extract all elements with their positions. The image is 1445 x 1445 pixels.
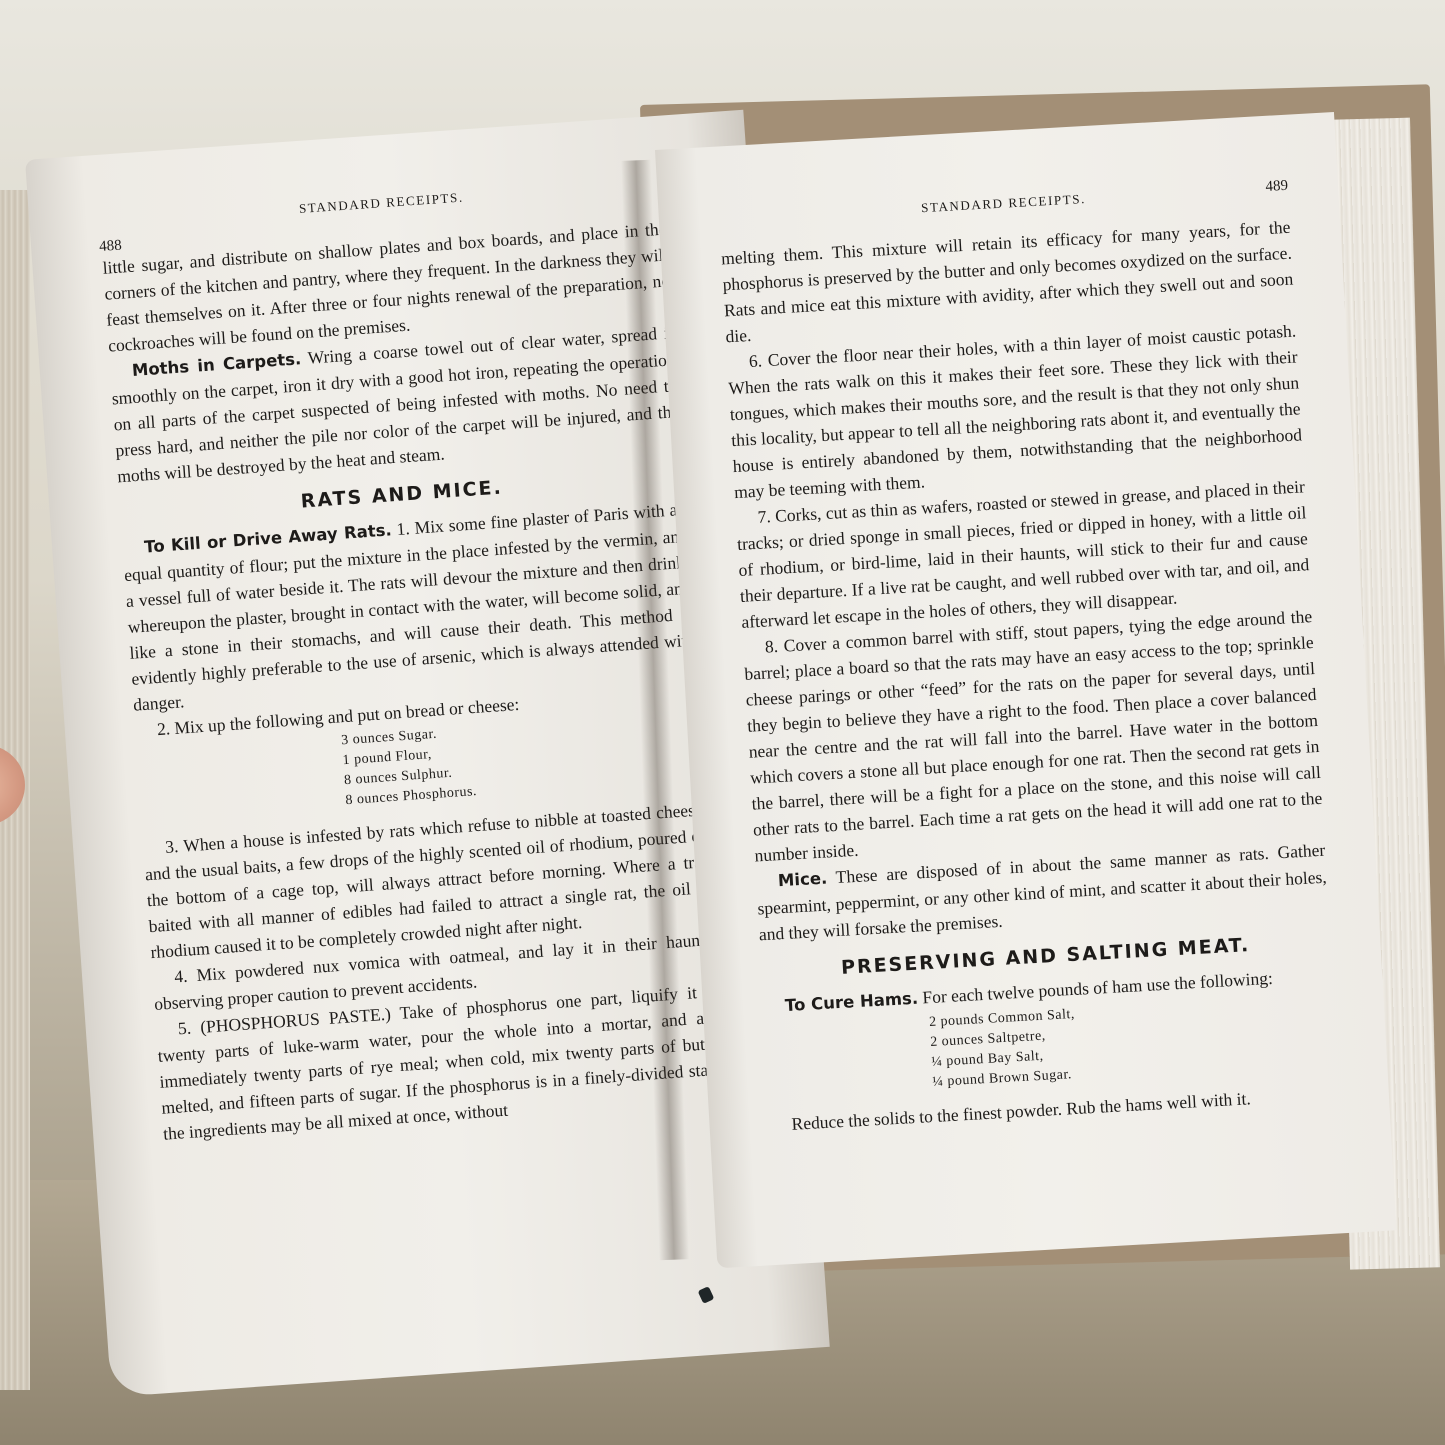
paragraph-item-8: 8. Cover a common barrel with stiff, sto… [742,603,1324,868]
page-number: 488 [99,237,123,256]
heading-mice: Mice. [777,869,827,891]
page-number: 489 [1265,178,1288,196]
right-page: 489 STANDARD RECEIPTS. melting them. Thi… [655,112,1396,1268]
right-page-content: 489 STANDARD RECEIPTS. melting them. Thi… [719,180,1340,1138]
paragraph-item-6: 6. Cover the floor near their holes, wit… [726,318,1304,506]
kill-rats-text: 1. Mix some fine plaster of Paris with a… [123,499,695,715]
heading-cure-hams: To Cure Hams. [784,989,918,1015]
